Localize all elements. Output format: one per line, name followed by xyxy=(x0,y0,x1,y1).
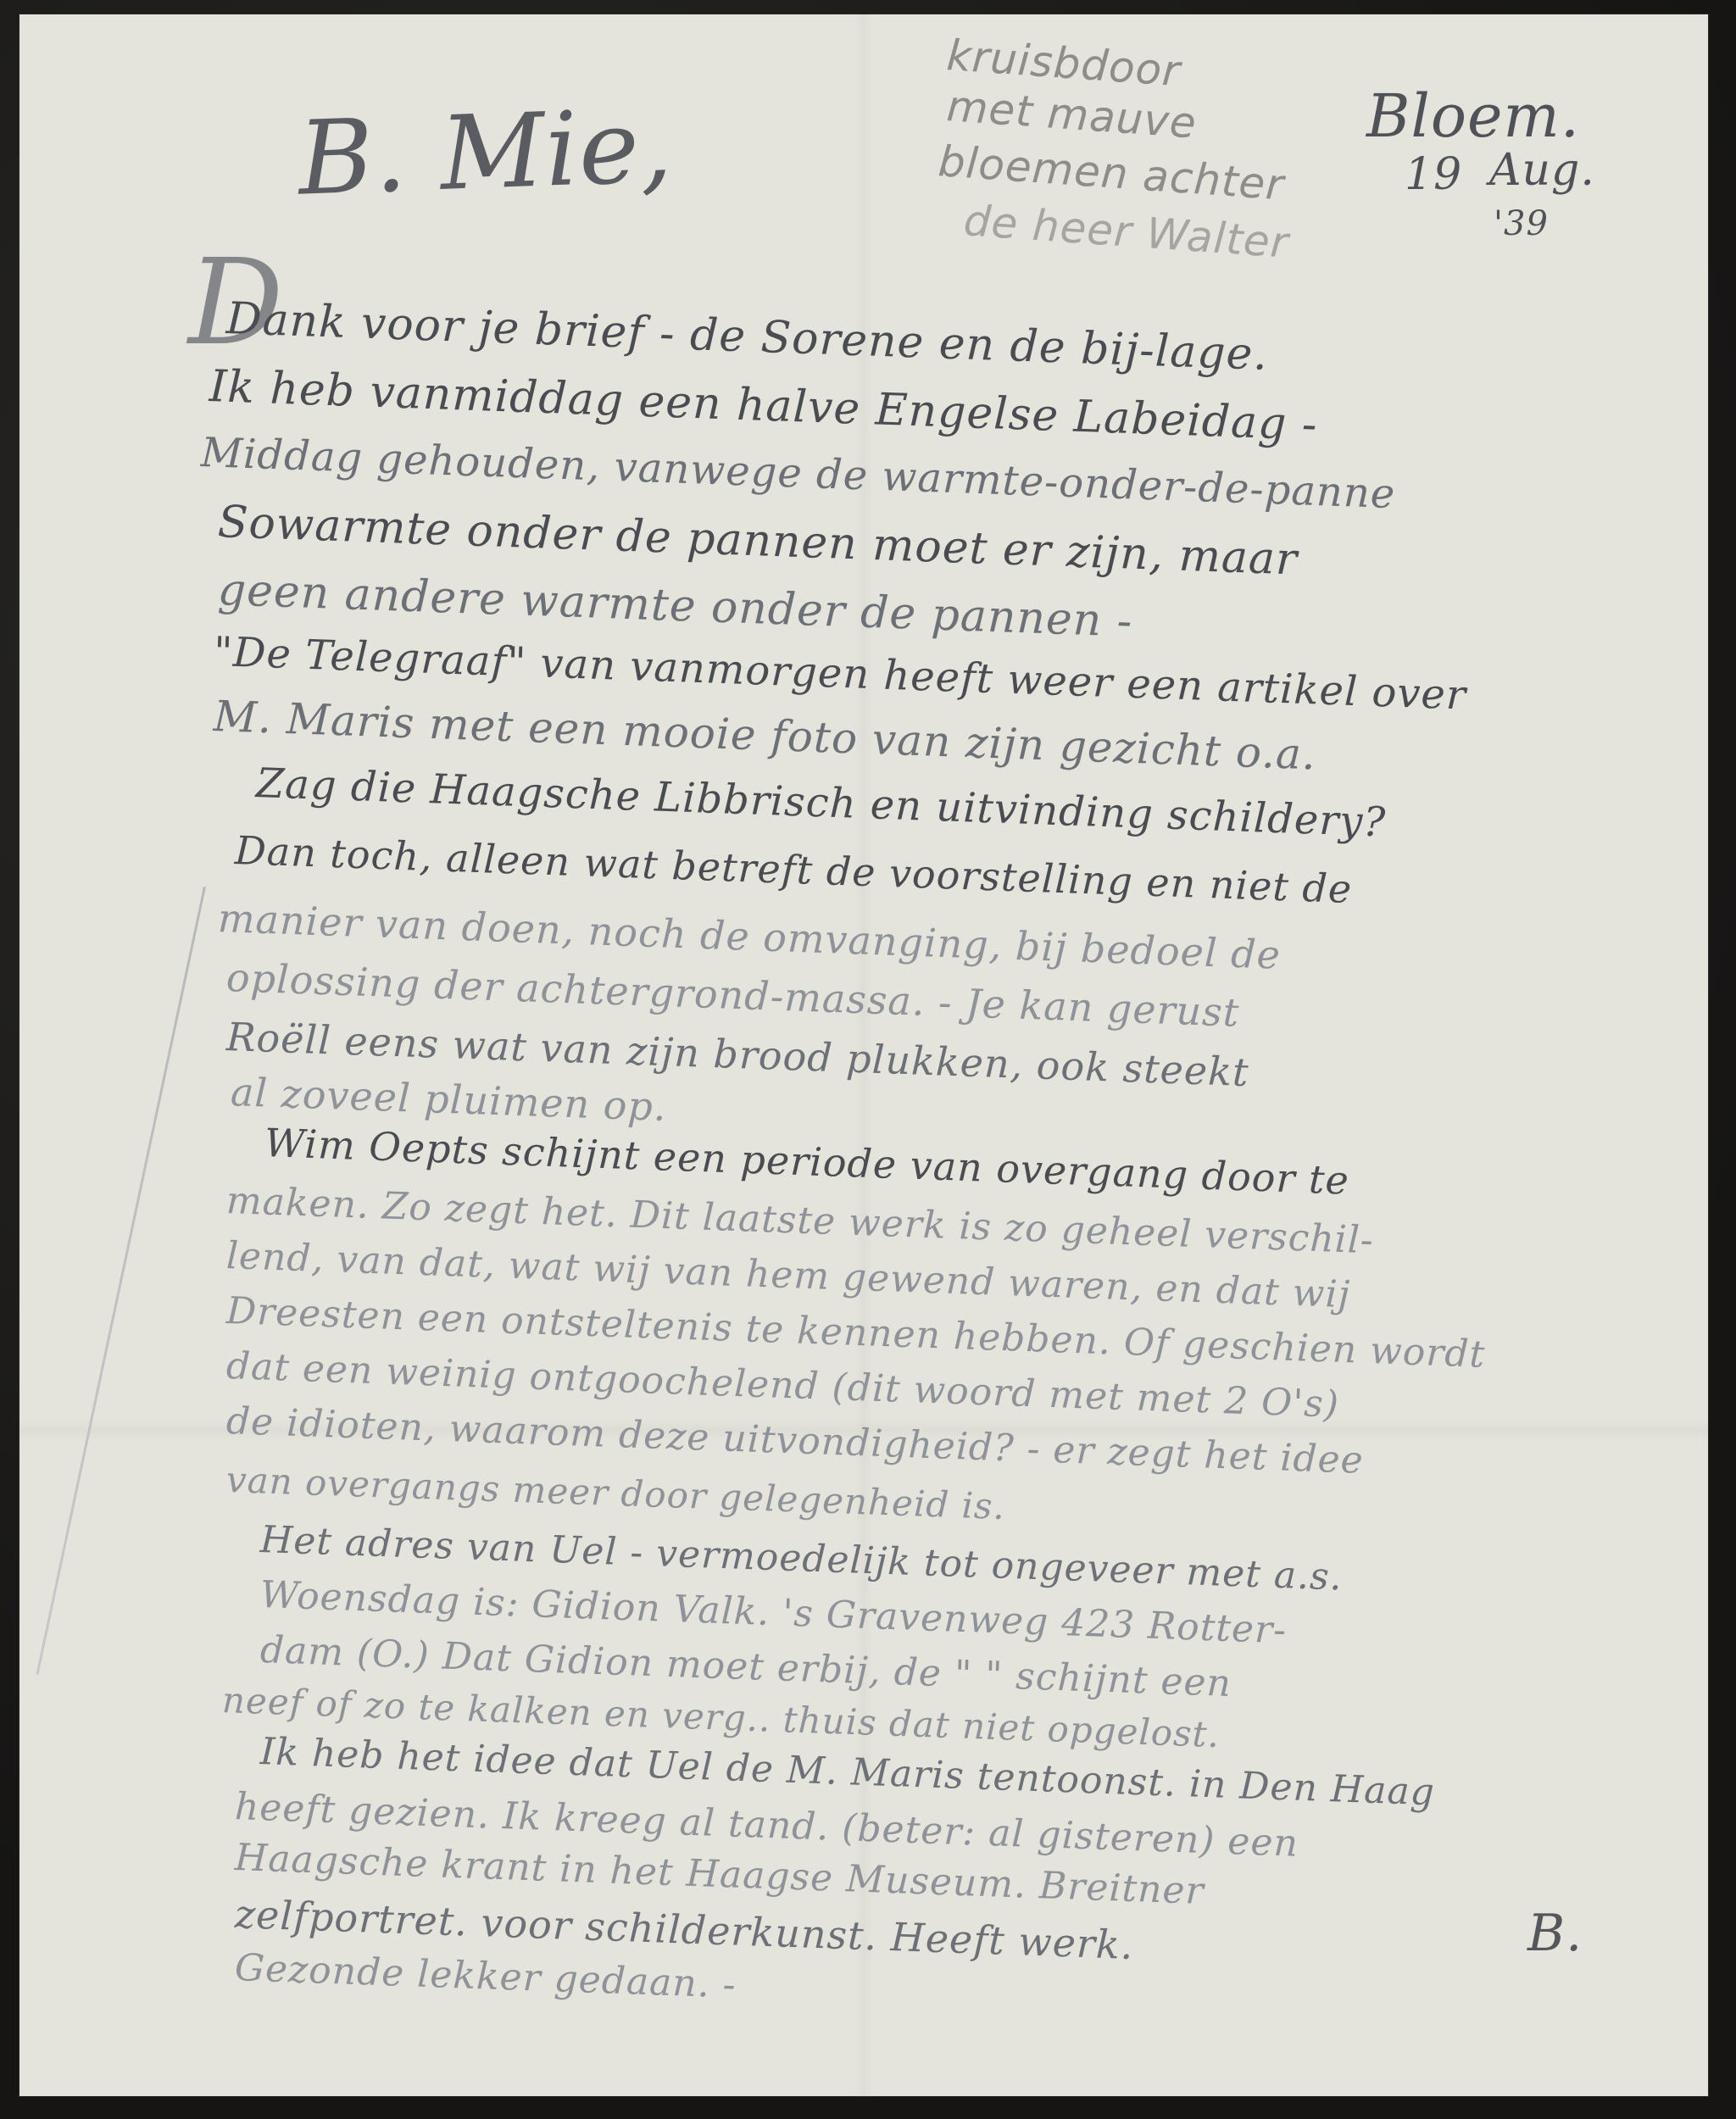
body-line: Dan toch, alleen wat betreft de voorstel… xyxy=(234,827,1353,912)
header-date-year: '39 xyxy=(1494,204,1549,243)
signature: B. xyxy=(1527,1904,1583,1963)
header-date-month: Aug. xyxy=(1489,145,1595,196)
header-place: Bloem. xyxy=(1366,81,1580,151)
salutation: B. Mie, xyxy=(297,87,675,218)
header-date-day: 19 xyxy=(1405,149,1462,200)
body-line: van overgangs meer door gelegenheid is. xyxy=(225,1459,1006,1527)
margin-line xyxy=(36,887,205,1675)
scan-border: kruisbdoor met mauve bloemen achter de h… xyxy=(0,0,1736,2119)
letter-paper: kruisbdoor met mauve bloemen achter de h… xyxy=(19,14,1709,2097)
body-line: Gezonde lekker gedaan. - xyxy=(234,1946,737,2007)
